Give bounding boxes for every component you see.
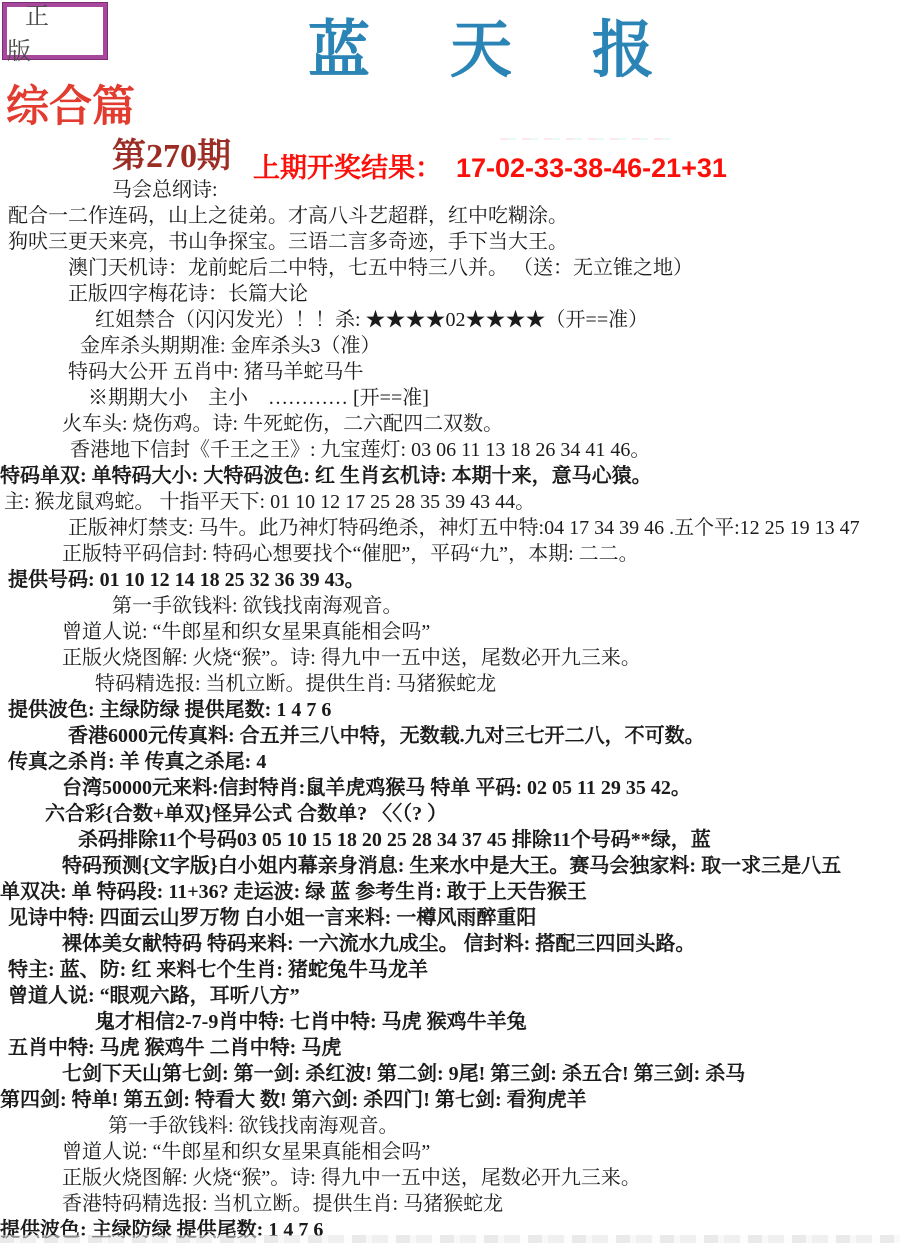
text-line: 正版神灯禁支: 马牛。此乃神灯特码绝杀，神灯五中特:04 17 34 39 46… xyxy=(0,515,900,541)
text-line: 火车头: 烧伤鸡。诗: 牛死蛇伤，二六配四二双数。 xyxy=(0,411,900,437)
text-line: 红姐禁合（闪闪发光）！！杀: ★★★★02★★★★（开==准） xyxy=(0,307,900,333)
text-line: 曾道人说: “牛郎星和织女星果真能相会吗” xyxy=(0,619,900,645)
authentic-badge-label: 正版 xyxy=(7,0,103,66)
text-line: 单双决: 单 特码段: 11+36? 走运波: 绿 蓝 参考生肖: 敢于上天告猴… xyxy=(0,879,900,905)
text-line: 香港特码精选报: 当机立断。提供生肖: 马猪猴蛇龙 xyxy=(0,1191,900,1217)
text-line: 曾道人说: “牛郎星和织女星果真能相会吗” xyxy=(0,1139,900,1165)
text-line: 金库杀头期期准: 金库杀头3（准） xyxy=(0,333,900,359)
text-line: 香港6000元传真料: 合五并三八中特，无数载.九对三七开二八，不可数。 xyxy=(0,723,900,749)
text-line: 提供波色: 主绿防绿 提供尾数: 1 4 7 6 xyxy=(0,697,900,723)
text-line: 七剑下天山第七剑: 第一剑: 杀红波! 第二剑: 9尾! 第三剑: 杀五合! 第… xyxy=(0,1061,900,1087)
text-line: 澳门天机诗：龙前蛇后二中特，七五中特三八并。 （送：无立锥之地） xyxy=(0,255,900,281)
text-line: 特主: 蓝、防: 红 来料七个生肖: 猪蛇兔牛马龙羊 xyxy=(0,957,900,983)
body-lines: 马会总纲诗:配合一二作连码，山上之徒弟。才高八斗艺超群，红中吃糊涂。狗吠三更天来… xyxy=(0,177,900,1243)
text-line: 马会总纲诗: xyxy=(0,177,900,203)
text-line: 正版特平码信封: 特码心想要找个“催肥”，平码“九”，本期: 二二。 xyxy=(0,541,900,567)
text-line: 裸体美女献特码 特码来料: 一六流水九成尘。 信封料: 搭配三四回头路。 xyxy=(0,931,900,957)
text-line: 特码大公开 五肖中: 猪马羊蛇马牛 xyxy=(0,359,900,385)
text-line: 鬼才相信2-7-9肖中特: 七肖中特: 马虎 猴鸡牛羊兔 xyxy=(0,1009,900,1035)
paper-title: 蓝天报 xyxy=(308,14,734,88)
text-line: 香港地下信封《千王之王》: 九宝莲灯: 03 06 11 13 18 26 34… xyxy=(0,437,900,463)
text-line: 正版火烧图解: 火烧“猴”。诗: 得九中一五中送，尾数必开九三来。 xyxy=(0,645,900,671)
authentic-badge: 正版 xyxy=(3,3,107,59)
text-line: 特码单双: 单特码大小: 大特码波色: 红 生肖玄机诗: 本期十来，意马心猿。 xyxy=(0,463,900,489)
text-line: ※期期大小 主小 ………… [开==准] xyxy=(0,385,900,411)
text-line: 五肖中特: 马虎 猴鸡牛 二肖中特: 马虎 xyxy=(0,1035,900,1061)
text-line: 杀码排除11个号码03 05 10 15 18 20 25 28 34 37 4… xyxy=(0,827,900,853)
text-line: 提供号码: 01 10 12 14 18 25 32 36 39 43。 xyxy=(0,567,900,593)
text-line: 正版火烧图解: 火烧“猴”。诗: 得九中一五中送，尾数必开九三来。 xyxy=(0,1165,900,1191)
text-line: 配合一二作连码，山上之徒弟。才高八斗艺超群，红中吃糊涂。 xyxy=(0,203,900,229)
text-line: 正版四字梅花诗：长篇大论 xyxy=(0,281,900,307)
text-line: 台湾50000元来料:信封特肖:鼠羊虎鸡猴马 特单 平码: 02 05 11 2… xyxy=(0,775,900,801)
text-line: 特码预测{文字版}白小姐内幕亲身消息: 生来水中是大王。赛马会独家料: 取一求三… xyxy=(0,853,900,879)
section-title: 综合篇 xyxy=(6,84,135,131)
text-line: 第一手欲钱料: 欲钱找南海观音。 xyxy=(0,593,900,619)
text-line: 曾道人说: “眼观六路，耳听八方” xyxy=(0,983,900,1009)
text-line: 见诗中特: 四面云山罗万物 白小姐一言来料: 一樽风雨醉重阳 xyxy=(0,905,900,931)
text-line: 主: 猴龙鼠鸡蛇。 十指平天下: 01 10 12 17 25 28 35 39… xyxy=(0,489,900,515)
text-line: 六合彩{合数+单双}怪异公式 合数单? 〈〈（? ） xyxy=(0,801,900,827)
issue-number: 第270期 xyxy=(112,138,231,175)
scan-artifact-line xyxy=(500,138,670,140)
bottom-cutoff-strip xyxy=(0,1235,900,1243)
text-line: 第四剑: 特单! 第五剑: 特看大 数! 第六剑: 杀四门! 第七剑: 看狗虎羊 xyxy=(0,1087,900,1113)
text-line: 第一手欲钱料: 欲钱找南海观音。 xyxy=(0,1113,900,1139)
text-line: 传真之杀肖: 羊 传真之杀尾: 4 xyxy=(0,749,900,775)
text-line: 特码精选报: 当机立断。提供生肖: 马猪猴蛇龙 xyxy=(0,671,900,697)
text-line: 狗吠三更天来亮，书山争探宝。三语二言多奇迹，手下当大王。 xyxy=(0,229,900,255)
